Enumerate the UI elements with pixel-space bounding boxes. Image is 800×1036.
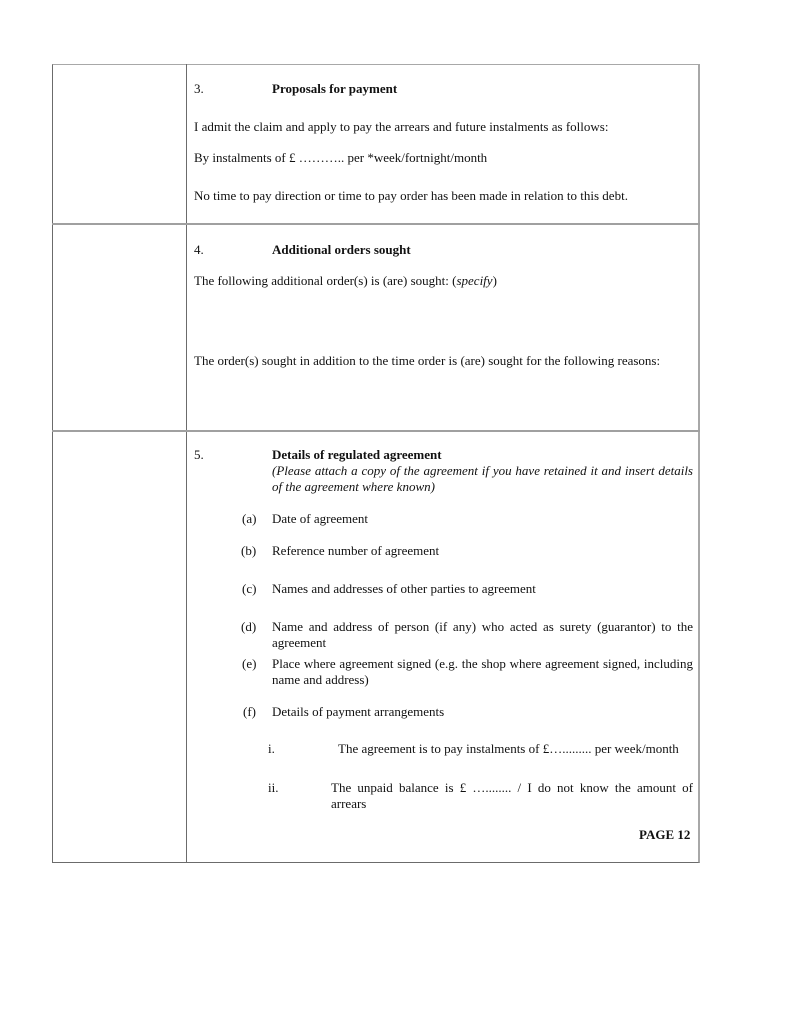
subitem-label: ii. <box>268 780 278 796</box>
place-signed: Place where agreement signed (e.g. the s… <box>272 656 693 688</box>
row-divider <box>52 223 700 225</box>
reasons-input-area[interactable] <box>194 372 694 427</box>
section-title: Additional orders sought <box>272 242 411 258</box>
unpaid-balance-field[interactable]: The unpaid balance is £ …........ / I do… <box>331 780 693 812</box>
item-label: (f) <box>243 704 256 720</box>
column-divider <box>186 64 187 863</box>
agreement-instalments-field[interactable]: The agreement is to pay instalments of £… <box>338 741 679 757</box>
section-title: Details of regulated agreement <box>272 447 442 463</box>
page-number: PAGE 12 <box>639 827 690 843</box>
instalment-field[interactable]: By instalments of £ ……….. per *week/fort… <box>194 150 487 166</box>
orders-sought-label: The following additional order(s) is (ar… <box>194 273 497 289</box>
section-number: 5. <box>194 447 204 463</box>
item-label: (d) <box>241 619 256 635</box>
subitem-label: i. <box>268 741 275 757</box>
reasons-label: The order(s) sought in addition to the t… <box>194 353 660 369</box>
row-divider <box>52 430 700 432</box>
section-number: 4. <box>194 242 204 258</box>
item-label: (b) <box>241 543 256 559</box>
section-title: Proposals for payment <box>272 81 397 97</box>
section-number: 3. <box>194 81 204 97</box>
reference-number: Reference number of agreement <box>272 543 439 559</box>
text: The following additional order(s) is (ar… <box>194 273 456 288</box>
orders-sought-input-area[interactable] <box>194 292 694 342</box>
text: ) <box>493 273 497 288</box>
paragraph: I admit the claim and apply to pay the a… <box>194 119 608 135</box>
section-note: (Please attach a copy of the agreement i… <box>272 463 693 495</box>
date-of-agreement: Date of agreement <box>272 511 368 527</box>
other-parties: Names and addresses of other parties to … <box>272 581 536 597</box>
item-label: (e) <box>242 656 256 672</box>
item-label: (a) <box>242 511 256 527</box>
paragraph: No time to pay direction or time to pay … <box>194 188 628 204</box>
item-label: (c) <box>242 581 256 597</box>
text: specify <box>456 273 492 288</box>
surety-details: Name and address of person (if any) who … <box>272 619 693 651</box>
payment-arrangements: Details of payment arrangements <box>272 704 444 720</box>
